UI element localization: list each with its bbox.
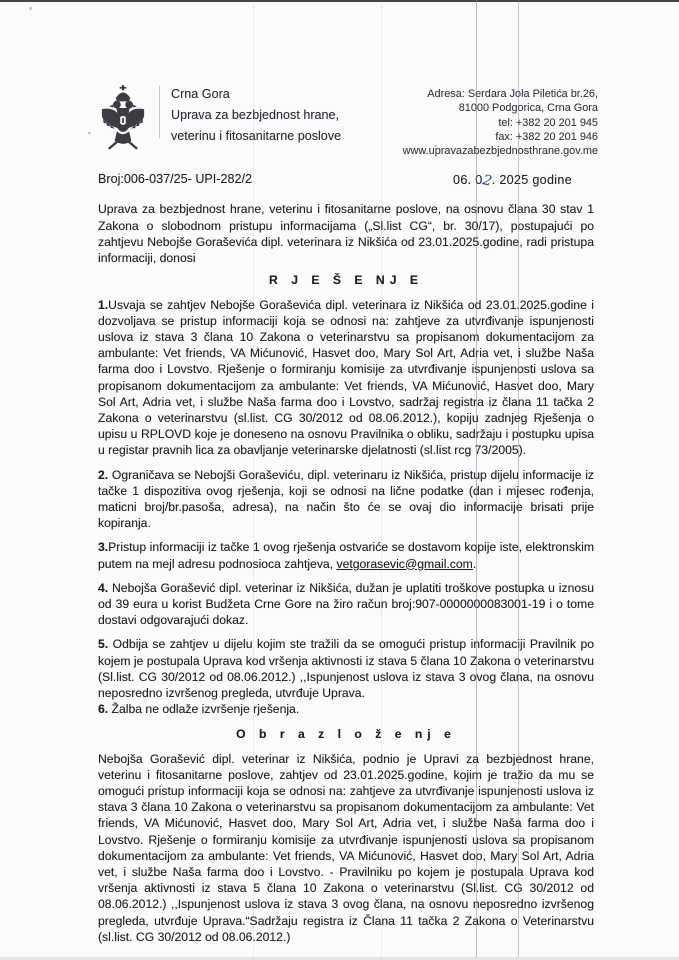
letterhead-divider <box>159 86 160 138</box>
scan-edge-top <box>0 0 679 2</box>
address-line1: Adresa: Serdara Jola Piletića br.26, <box>403 87 598 101</box>
org-name-line2: veterinu i fitosanitarne poslove <box>171 126 341 147</box>
letterhead-contact: Adresa: Serdara Jola Piletića br.26, 810… <box>403 82 598 158</box>
date-printed-prefix: 06. 0 <box>453 173 483 187</box>
item-number: 3. <box>98 540 108 554</box>
phone-number: tel: +382 20 201 945 <box>403 116 598 130</box>
document-date: 06. 02. 2025 godine <box>453 172 572 188</box>
decision-item-1: 1.Usvaja se zahtjev Nebojše Goraševića d… <box>98 297 594 459</box>
reference-number: Broj:006-037/25- UPI-282/2 <box>98 172 252 188</box>
item-number: 5. <box>98 637 108 651</box>
item-number: 4. <box>98 581 108 595</box>
item-text: Žalba ne odlaže izvršenje rješenja. <box>108 702 299 716</box>
scan-speck <box>88 132 91 134</box>
document-body: Uprava za bezbjednost hrane, veterinu i … <box>98 201 594 945</box>
item-text: Odbija se zahtjev u dijelu kojim ste tra… <box>98 637 594 700</box>
website-url: www.upravazabezbjednosthrane.gov.me <box>403 144 598 158</box>
org-country: Crna Gora <box>171 84 341 105</box>
item-text: Ograničava se Nebojši Goraševiću, dipl. … <box>98 468 594 531</box>
scanned-document-page: Crna Gora Uprava za bezbjednost hrane, v… <box>0 0 679 960</box>
item-text: . <box>473 557 476 571</box>
item-number: 1. <box>98 298 108 312</box>
reference-row: Broj:006-037/25- UPI-282/2 06. 02. 2025 … <box>98 172 594 188</box>
date-printed-suffix: . 2025 godine <box>492 173 572 187</box>
decision-item-4: 4. Nebojša Gorašević dipl. veterinar iz … <box>98 580 594 629</box>
decision-item-6: 6. Žalba ne odlaže izvršenje rješenja. <box>98 701 594 717</box>
item-text: Nebojša Gorašević dipl. veterinar iz Nik… <box>98 581 594 627</box>
section-title-obrazlozenje: O b r a z l o ž e nj e <box>98 726 594 742</box>
organization-name: Crna Gora Uprava za bezbjednost hrane, v… <box>171 82 341 152</box>
letterhead-left: Crna Gora Uprava za bezbjednost hrane, v… <box>98 82 341 152</box>
montenegro-coat-of-arms-icon <box>98 84 148 152</box>
fax-number: fax: +382 20 201 946 <box>403 130 598 144</box>
scan-speck <box>434 145 437 147</box>
reasoning-paragraph: Nebojša Gorašević dipl. veterinar iz Nik… <box>98 751 594 945</box>
applicant-email-link[interactable]: vetgorasevic@gmail.com <box>336 557 472 571</box>
scan-speck <box>29 7 32 10</box>
org-name-line1: Uprava za bezbjednost hrane, <box>171 105 341 126</box>
letterhead: Crna Gora Uprava za bezbjednost hrane, v… <box>98 82 594 158</box>
item-text: Usvaja se zahtjev Nebojše Goraševića dip… <box>98 298 594 458</box>
document-title: R J E Š E NJ E <box>98 272 594 288</box>
decision-item-3: 3.Pristup informaciji iz tačke 1 ovog rj… <box>98 539 594 571</box>
decision-item-2: 2. Ograničava se Nebojši Goraševiću, dip… <box>98 467 594 532</box>
address-line2: 81000 Podgorica, Crna Gora <box>403 101 598 115</box>
item-number: 2. <box>98 468 108 482</box>
intro-paragraph: Uprava za bezbjednost hrane, veterinu i … <box>98 201 594 266</box>
item-number: 6. <box>98 702 108 716</box>
decision-item-5: 5. Odbija se zahtjev u dijelu kojim ste … <box>98 636 594 701</box>
